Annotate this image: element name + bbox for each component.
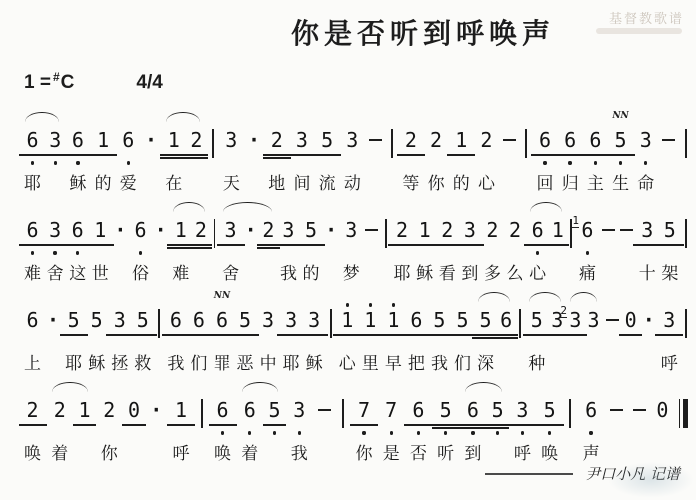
low-octave-slot (165, 160, 182, 166)
low-octave-slot (416, 250, 433, 256)
note-3: 3我 (291, 380, 308, 465)
underline-beams (280, 243, 297, 250)
low-octave-slot (132, 250, 149, 256)
song-title: 你是否听到呼唤声 (0, 12, 696, 52)
augmentation-dot: · (643, 290, 655, 375)
note-digit: 5 (440, 398, 452, 422)
underline-beams (195, 243, 207, 250)
duration-dash (606, 290, 619, 375)
beam-line (129, 334, 157, 336)
underline-beams (190, 153, 202, 160)
lyric-syllable: 呼 (514, 443, 531, 465)
glyph: 5 (305, 218, 317, 243)
note-digit: 1 (387, 308, 399, 332)
low-octave-slot (329, 340, 333, 346)
note-6: 6们 (190, 290, 207, 375)
lyric-syllable: 心 (529, 263, 546, 285)
glyph: 6 (585, 398, 597, 423)
note-3: 3到 (461, 200, 478, 285)
lyric-syllable: 深 (477, 353, 494, 375)
glyph: 1 (175, 398, 187, 423)
low-octave-dot (644, 161, 647, 164)
barline-stroke (391, 129, 393, 158)
underline-beams (537, 153, 554, 160)
lyric-syllable: 归 (562, 173, 579, 195)
lyric-syllable: 早 (385, 353, 402, 375)
low-octave-slot (478, 160, 495, 166)
glyph: 6 (564, 128, 576, 153)
beam-line (160, 157, 188, 159)
note-1: 1 (552, 200, 564, 285)
score-system: 2唤2着12你0·1呼6唤6着53我7你7是6否5听6到53呼5唤6声0 (24, 380, 688, 465)
lyric-syllable: 我 (431, 353, 448, 375)
note-digit: 6 (216, 398, 228, 422)
low-octave-slot (280, 250, 297, 256)
low-octave-slot (200, 430, 204, 436)
underline-beams (416, 243, 433, 250)
note-3: 3中 (260, 290, 277, 375)
low-octave-slot (114, 250, 126, 256)
glyph (330, 308, 332, 333)
low-octave-slot (157, 340, 161, 346)
note-6: 6爱 (120, 110, 137, 195)
note-5: 5 (268, 380, 280, 465)
underline-beams (24, 423, 41, 430)
low-octave-slot (551, 340, 563, 346)
note-3: 3拯 (111, 290, 128, 375)
glyph: 7 (358, 398, 370, 423)
note-2: 2多 (484, 200, 501, 285)
lyric-syllable: 唤 (541, 443, 558, 465)
dash-stroke (662, 139, 675, 141)
underline-beams (369, 153, 382, 160)
underline-beams (514, 423, 531, 430)
low-octave-slot (325, 250, 337, 256)
lyric-syllable: 到 (464, 443, 481, 465)
low-octave-slot (344, 160, 361, 166)
underline-beams (101, 423, 118, 430)
lyric-syllable: 地 (268, 173, 285, 195)
glyph (158, 308, 160, 333)
note-digit: 6 (539, 128, 551, 152)
note-digit: 6 (589, 128, 601, 152)
underline-beams (394, 243, 411, 250)
note-3: 3呼 (661, 290, 678, 375)
underline-beams (587, 333, 599, 340)
low-octave-dot (586, 251, 589, 254)
glyph: 3 (225, 128, 237, 153)
glyph: 5 (664, 218, 676, 243)
note-digit: 3 (663, 308, 675, 332)
note-1: 1难 (172, 200, 189, 285)
beam-line (350, 424, 378, 426)
barline-stroke (685, 219, 687, 248)
note-digit: 3 (285, 308, 297, 332)
low-octave-slot (306, 340, 323, 346)
glyph: 3 (262, 308, 274, 333)
underline-beams (213, 333, 230, 340)
barline (569, 200, 573, 285)
beam-line (459, 427, 487, 429)
note-5: 5 (492, 380, 504, 465)
lyric-syllable: 们 (190, 353, 207, 375)
barline (524, 110, 528, 195)
underline-beams (134, 333, 151, 340)
note-5: 5我 (431, 290, 448, 375)
low-octave-slot (51, 430, 68, 436)
glyph: 5 (492, 398, 504, 423)
low-octave-slot (195, 250, 207, 256)
low-octave-slot (319, 160, 336, 166)
note-6: 6到 (464, 380, 481, 465)
low-octave-dot (54, 161, 57, 164)
underline-beams (145, 153, 157, 160)
low-octave-dot (248, 431, 251, 434)
augmentation-dot: · (150, 380, 162, 465)
glyph: 6 (26, 218, 38, 243)
low-octave-slot (643, 340, 655, 346)
rest-0: 0 (625, 290, 637, 375)
notes-and-lyrics-row: 6上·5耶5稣3拯5救6我6们NN6罪5恶3中3耶3稣1心1里1早6把5我5们5… (24, 290, 688, 375)
low-octave-dot (76, 161, 79, 164)
underline-beams (78, 423, 90, 430)
note-5: 5架 (661, 200, 678, 285)
note-2: 2 (190, 110, 202, 195)
underline-beams (268, 423, 280, 430)
score-system: 6难3舍6这1世·6俗·1难23舍·23我5的·3梦2耶1稣2看3到2多2么6心… (24, 200, 688, 285)
underline-beams (132, 243, 149, 250)
augmentation-dot: · (47, 290, 59, 375)
glyph: · (325, 218, 337, 243)
underline-beams (410, 423, 427, 430)
low-octave-slot (167, 340, 184, 346)
glyph (342, 398, 344, 423)
low-octave-slot (343, 250, 360, 256)
low-octave-slot (606, 340, 619, 346)
barline-stroke (525, 129, 527, 158)
note-digit: 6 (581, 218, 593, 242)
note-digit: 3 (641, 218, 653, 242)
glyph: 1 (387, 308, 399, 333)
low-octave-slot (355, 430, 372, 436)
underline-beams (639, 243, 656, 250)
barline-stroke (212, 129, 214, 158)
low-octave-slot (464, 430, 481, 436)
glyph: 6 (216, 308, 228, 333)
low-octave-slot (552, 250, 564, 256)
beam-line (432, 427, 460, 429)
lyric-syllable: 心 (339, 353, 356, 375)
lyric-syllable: 难 (24, 263, 41, 285)
low-octave-slot (47, 340, 59, 346)
low-octave-slot (78, 430, 90, 436)
low-octave-slot (318, 430, 331, 436)
underline-beams (120, 153, 137, 160)
note-5: 5流 (319, 110, 336, 195)
note-digit: 2 (195, 218, 207, 242)
beam-line (185, 154, 208, 156)
low-octave-slot (293, 160, 310, 166)
lyric-syllable: 稣 (69, 173, 86, 195)
underline-beams (620, 243, 633, 250)
low-octave-slot (92, 250, 109, 256)
time-signature: 4/4 (136, 72, 162, 94)
low-octave-dot (221, 431, 224, 434)
glyph (685, 128, 687, 153)
beam-line (209, 424, 237, 426)
glyph: 2 (396, 218, 408, 243)
glyph: 5 (456, 308, 468, 333)
lyric-syllable: 难 (172, 263, 189, 285)
underline-beams (484, 243, 501, 250)
underline-beams (606, 333, 619, 340)
low-octave-slot (583, 430, 600, 436)
glyph: 6 (72, 128, 84, 153)
note-3: 3耶 (283, 290, 300, 375)
lyric-syllable: 我 (167, 353, 184, 375)
low-octave-slot (291, 430, 308, 436)
glyph: 2 (441, 218, 453, 243)
low-octave-slot (262, 250, 274, 256)
rest-0: 0 (656, 380, 668, 465)
barline (384, 200, 388, 285)
credit-rule-line (485, 473, 573, 475)
underline-beams (47, 243, 64, 250)
barline-stroke (685, 309, 687, 338)
dash-stroke (620, 229, 633, 231)
low-octave-slot (477, 340, 494, 346)
underline-beams (214, 423, 231, 430)
underline-beams (529, 243, 546, 250)
underline-beams (383, 423, 400, 430)
low-octave-slot (684, 340, 688, 346)
note-3: 3动 (344, 110, 361, 195)
beam-line (288, 154, 316, 156)
glyph (602, 218, 615, 243)
underline-beams (365, 243, 378, 250)
note-3: 3我 (280, 200, 297, 285)
low-octave-slot (428, 160, 445, 166)
note-6: 6否 (410, 380, 427, 465)
note-6: 6把 (408, 290, 425, 375)
low-octave-slot (212, 250, 216, 256)
note-digit: 5 (664, 218, 676, 242)
underline-beams (528, 333, 545, 340)
low-octave-dot (139, 251, 142, 254)
low-octave-slot (679, 430, 688, 436)
glyph (391, 128, 393, 153)
underline-beams (662, 153, 675, 160)
glyph: 6 (122, 128, 134, 153)
note-digit: 3 (282, 218, 294, 242)
barline-stroke (569, 399, 571, 428)
note-digit: 5 (268, 398, 280, 422)
final-barline-strokes (679, 398, 688, 428)
lyric-syllable: 耶 (394, 263, 411, 285)
low-octave-slot (339, 340, 356, 346)
low-octave-slot (402, 160, 419, 166)
underline-beams (150, 423, 162, 430)
note-digit: 7 (385, 398, 397, 422)
low-octave-slot (431, 340, 448, 346)
lyric-syllable: 等 (402, 173, 419, 195)
duration-dash (610, 380, 623, 465)
glyph: 6 (193, 308, 205, 333)
note-3: 3十 (639, 200, 656, 285)
high-octave-dot (392, 303, 395, 306)
underline-beams (587, 153, 604, 160)
dash-stroke (602, 229, 615, 231)
note-3: 3呼 (514, 380, 531, 465)
low-octave-slot (69, 160, 86, 166)
lyric-syllable: 耶 (283, 353, 300, 375)
low-octave-slot (268, 430, 280, 436)
glyph (633, 398, 646, 423)
glyph: 3 (663, 308, 675, 333)
note-digit: 3 (345, 218, 357, 242)
glyph: · (145, 128, 157, 153)
note-5: 5恶 (237, 290, 254, 375)
note-6: 6回 (537, 110, 554, 195)
high-octave-dot (369, 303, 372, 306)
glyph: 3 (308, 308, 320, 333)
dash-stroke (503, 139, 516, 141)
lyric-syllable: 的 (95, 173, 112, 195)
note-digit: 6 (412, 398, 424, 422)
underline-beams (165, 153, 182, 160)
note-5: 5深 (477, 290, 494, 375)
note-digit: 3 (587, 308, 599, 332)
barline (684, 290, 688, 375)
beam-line (556, 154, 584, 156)
low-octave-slot (587, 340, 599, 346)
low-octave-slot (633, 430, 646, 436)
underline-beams (237, 333, 254, 340)
lyric-syllable: 十 (639, 263, 656, 285)
lyric-syllable: 呼 (661, 353, 678, 375)
note-3: 3舍 (222, 200, 239, 285)
low-octave-slot (341, 430, 345, 436)
watermark-url-smudge (596, 28, 682, 34)
augmentation-dot: · (114, 200, 126, 285)
glyph: 6 (170, 308, 182, 333)
note-digit: 2 (509, 218, 521, 242)
beam-line (231, 334, 259, 336)
glyph (369, 128, 382, 153)
glyph: 1 (419, 218, 431, 243)
underline-beams (69, 153, 86, 160)
augmentation-dot: · (145, 110, 157, 195)
glyph: 3 (285, 308, 297, 333)
barline-stroke (342, 399, 344, 428)
barline-stroke (201, 399, 203, 428)
low-octave-slot (213, 340, 230, 346)
underline-beams (541, 423, 558, 430)
note-1: 1心 (339, 290, 356, 375)
note-digit: 6 (410, 308, 422, 332)
lyric-syllable: 生 (612, 173, 629, 195)
beam-line (19, 154, 47, 156)
barline (684, 200, 688, 285)
underline-beams (47, 333, 59, 340)
glyph (569, 398, 571, 423)
underline-beams (602, 243, 615, 250)
lyric-syllable: 拯 (111, 353, 128, 375)
lyric-syllable: 稣 (416, 263, 433, 285)
underline-beams (385, 333, 402, 340)
low-octave-slot (369, 160, 382, 166)
underline-beams (562, 153, 579, 160)
underline-beams (111, 333, 128, 340)
lyric-syllable: 唤 (24, 443, 41, 465)
lyric-syllable: 我 (280, 263, 297, 285)
low-octave-slot (101, 430, 118, 436)
underline-beams (437, 423, 454, 430)
lyric-syllable: 你 (101, 443, 118, 465)
low-octave-slot (507, 250, 524, 256)
underline-beams (339, 333, 356, 340)
note-2: 2你 (101, 380, 118, 465)
note-5: 5耶 (65, 290, 82, 375)
note-digit: 5 (321, 128, 333, 152)
glyph: 3 (516, 398, 528, 423)
note-digit: 2 (480, 128, 492, 152)
beam-line (257, 247, 280, 249)
watermark-text: 基督教歌谱 (609, 8, 684, 27)
note-digit: 3 (640, 128, 652, 152)
beam-line (263, 424, 286, 426)
lyric-syllable: 舍 (47, 263, 64, 285)
beam-line (297, 244, 325, 246)
glyph: 3 (346, 128, 358, 153)
lyric-syllable: 舍 (222, 263, 239, 285)
low-octave-slot (47, 250, 64, 256)
glyph: 0 (656, 398, 668, 423)
score-system: 6耶36稣1的6爱·1在23天·2地3间5流3动2等2你1的2心6回6归6主NN… (24, 110, 688, 195)
low-octave-slot (620, 250, 633, 256)
lyric-syllable: 命 (637, 173, 654, 195)
low-octave-slot (453, 160, 470, 166)
grace-note: 2 (560, 305, 567, 318)
note-3: 3命 (637, 110, 654, 195)
note-6: 6唤 (214, 380, 231, 465)
note-digit: 3 (225, 218, 237, 242)
duration-dash (633, 380, 646, 465)
low-octave-slot (454, 340, 471, 346)
notes-and-lyrics-row: 2唤2着12你0·1呼6唤6着53我7你7是6否5听6到53呼5唤6声0 (24, 380, 688, 465)
dash-stroke (365, 229, 378, 231)
lyric-syllable: 到 (461, 263, 478, 285)
low-octave-slot (24, 160, 41, 166)
beam-line (217, 244, 245, 246)
glyph: · (47, 308, 59, 333)
note-3: 3间 (293, 110, 310, 195)
note-digit: 1 (175, 398, 187, 422)
lyric-syllable: 呼 (173, 443, 190, 465)
underline-beams (49, 153, 61, 160)
duration-dash (369, 110, 382, 195)
low-octave-slot (362, 340, 379, 346)
beam-line (73, 424, 96, 426)
note-digit: 3 (293, 398, 305, 422)
beam-line (432, 424, 460, 426)
underline-beams (24, 243, 41, 250)
lyric-syllable: 耶 (65, 353, 82, 375)
note-digit: 5 (544, 398, 556, 422)
glyph: 6 (216, 398, 228, 423)
glyph: 6 (244, 398, 256, 423)
low-octave-dot (568, 161, 571, 164)
